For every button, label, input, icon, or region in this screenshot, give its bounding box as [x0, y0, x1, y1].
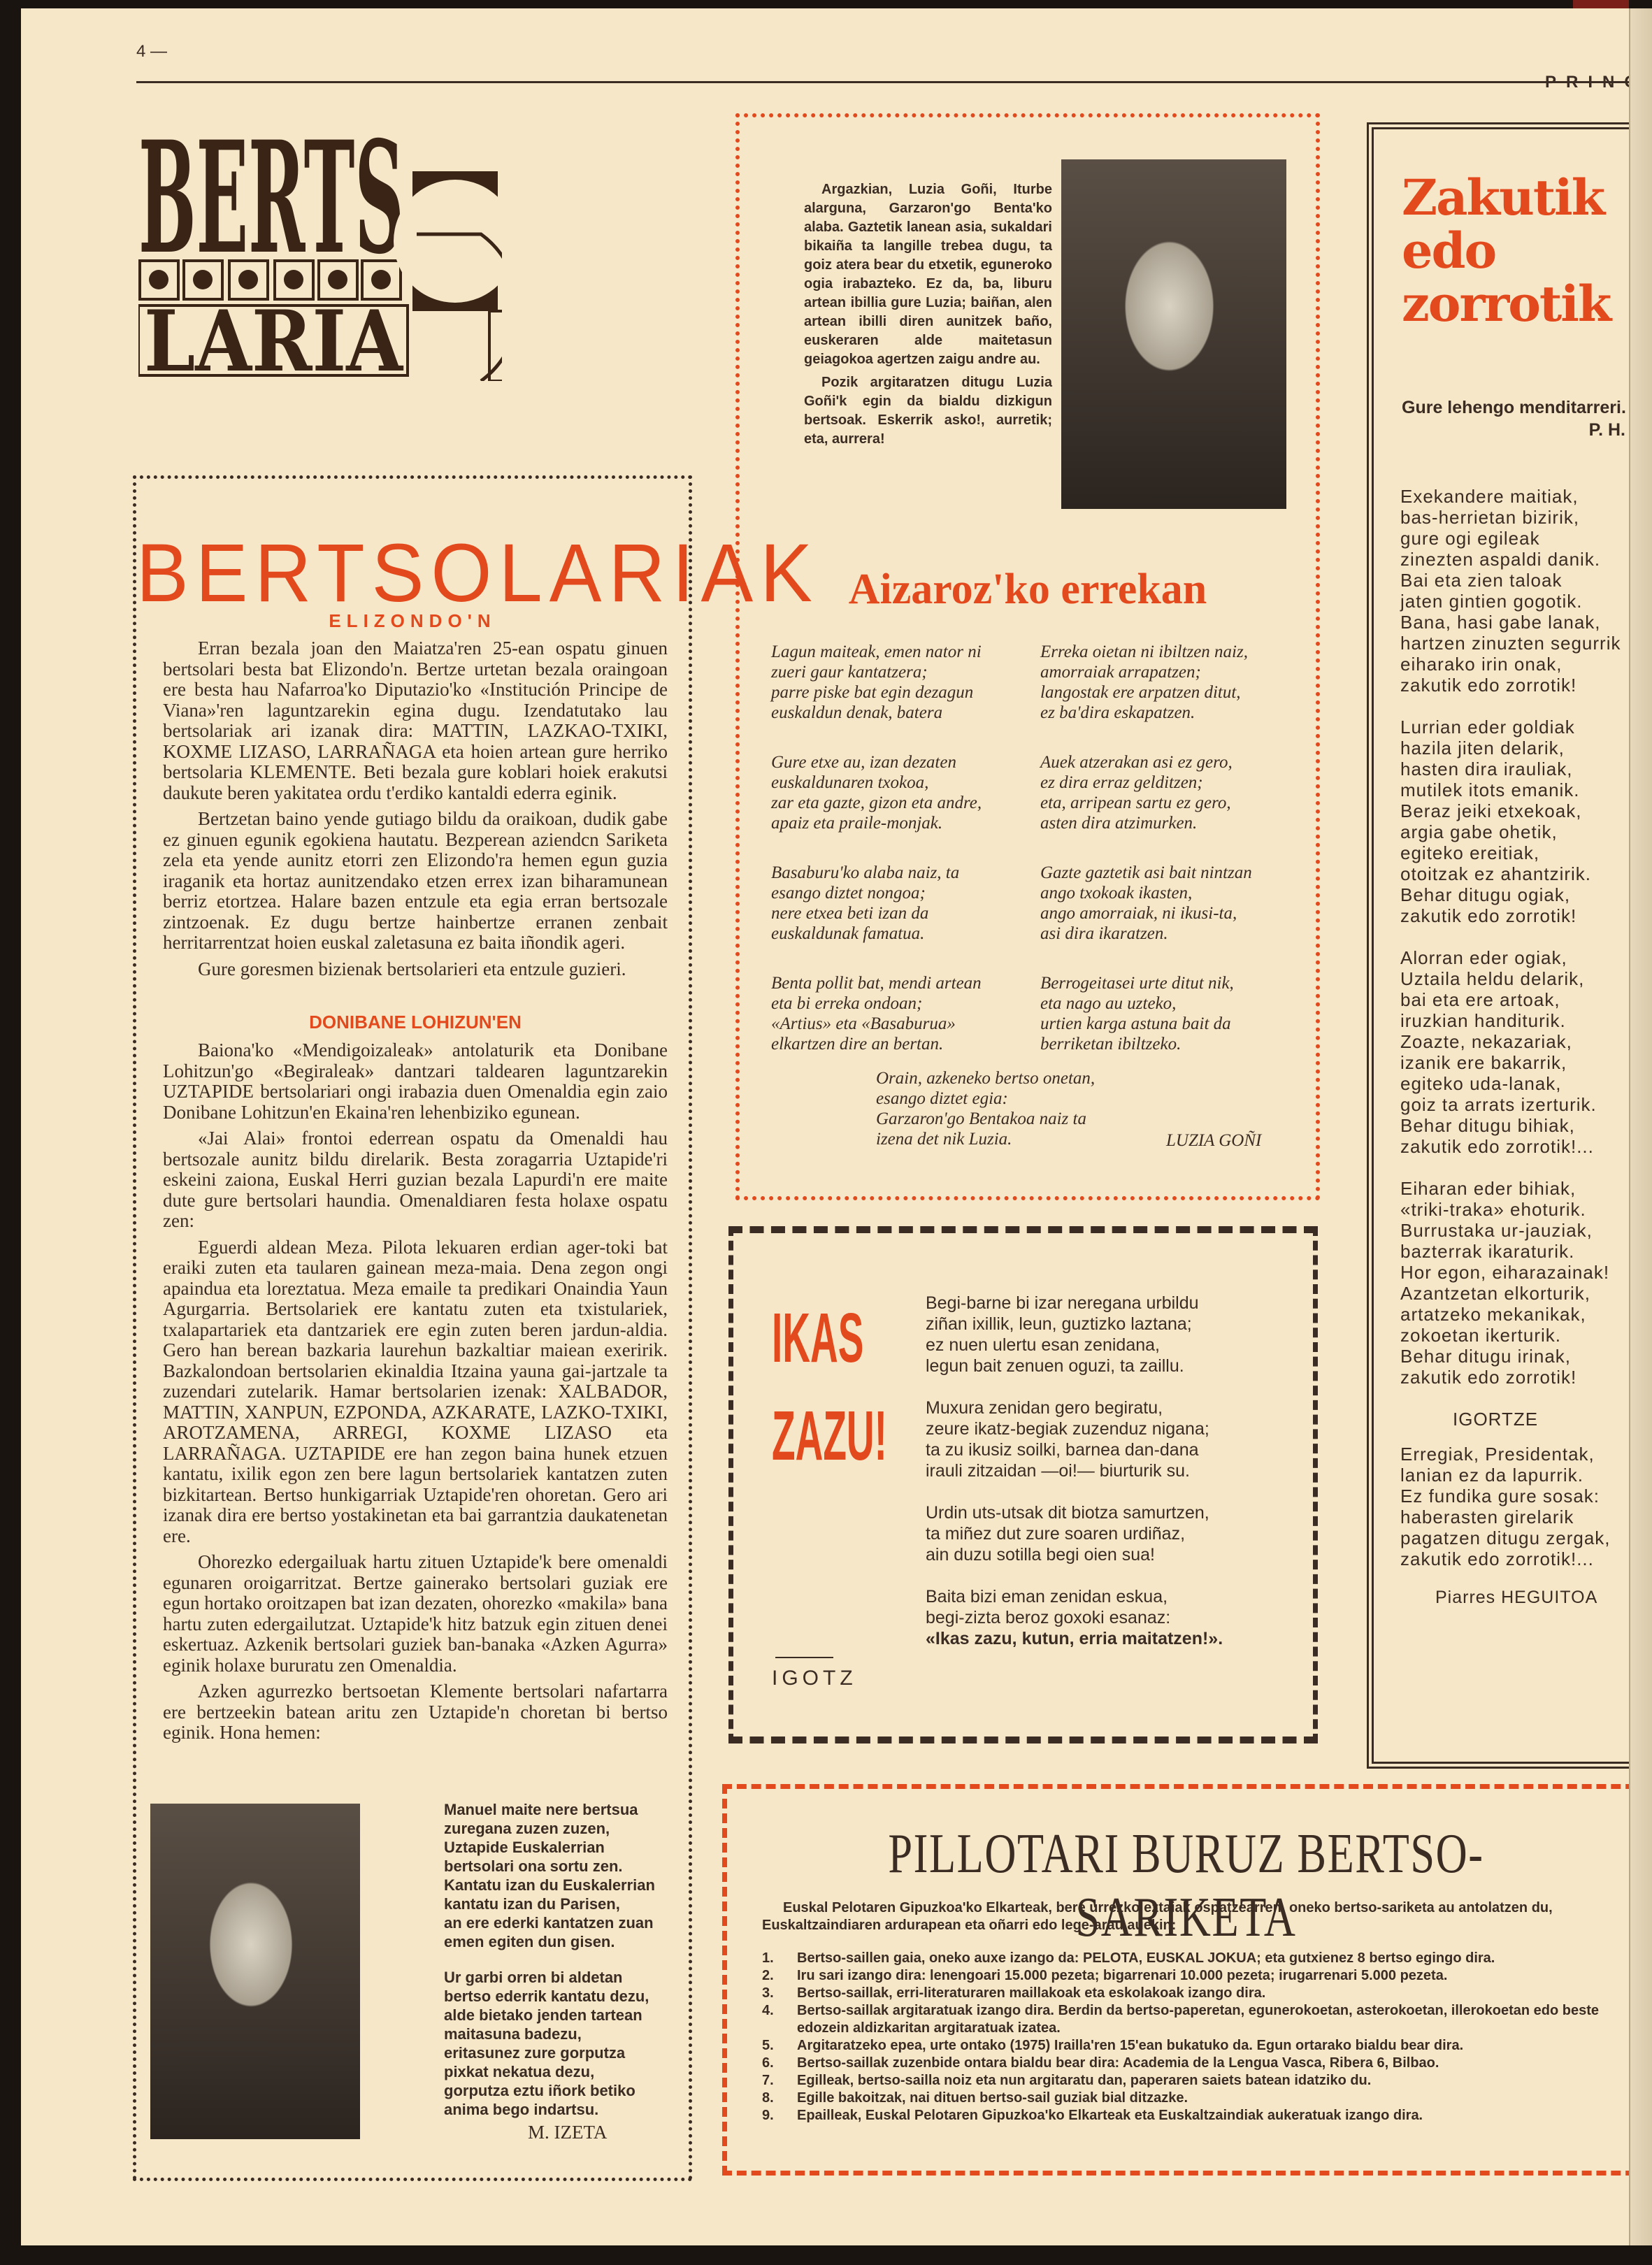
- stanza: Basaburu'ko alaba naiz, ta esango diztet…: [771, 863, 1037, 944]
- poem-left-column: Lagun maiteak, emen nator ni zueri gaur …: [771, 642, 1037, 1084]
- stanza: Benta pollit bat, mendi artean eta bi er…: [771, 973, 1037, 1054]
- stanza: Erregiak, Presidentak, lanian ez da lapu…: [1400, 1444, 1652, 1569]
- section-heading: IGORTZE: [1400, 1409, 1652, 1430]
- intro-paragraph: Pozik argitaratzen ditugu Luzia Goñi'k e…: [804, 373, 1052, 449]
- rule-item: 3.Bertso-saillak, erri-literaturaren mai…: [762, 1985, 1629, 2002]
- stanza: Eiharan eder bihiak, «triki-traka» ehotu…: [1400, 1178, 1652, 1388]
- title-line: IKAS: [772, 1300, 887, 1376]
- initials: P. H.: [1402, 419, 1639, 441]
- stanza: Urdin uts-utsak dit biotza samurtzen, ta…: [926, 1502, 1303, 1565]
- zakutik-poem: Exekandere maitiak, bas-herrietan biziri…: [1400, 486, 1652, 1608]
- title-line: ZAZU!: [772, 1397, 887, 1474]
- article-body: Erran bezala joan den Maiatza'ren 25-ean…: [163, 638, 668, 1749]
- paragraph: Baiona'ko «Mendigoizaleak» antolaturik e…: [163, 1040, 668, 1123]
- portrait-photo-uztapide: [150, 1804, 360, 2139]
- stanza: Erreka oietan ni ibiltzen naiz, amorraia…: [1040, 642, 1306, 723]
- paragraph: Gure goresmen bizienak bertsolarieri eta…: [163, 959, 668, 980]
- pillotari-sariketa-box: PILLOTARI BURUZ BERTSO-SARIKETA Euskal P…: [722, 1784, 1650, 2176]
- title-line: zorrotik: [1402, 278, 1610, 331]
- author-signature: M. IZETA: [528, 2122, 607, 2143]
- stanza: Muxura zenidan gero begiratu, zeure ikat…: [926, 1397, 1303, 1481]
- stanza: Gazte gaztetik asi bait nintzan ango txo…: [1040, 863, 1306, 944]
- stanza: Begi-barne bi izar neregana urbildu ziña…: [926, 1293, 1303, 1376]
- header-rule: [136, 81, 1650, 83]
- stanza-line: Baita bizi eman zenidan eskua,: [926, 1586, 1303, 1607]
- portrait-photo-luzia: [1061, 159, 1286, 509]
- paragraph: Azken agurrezko bertsoetan Klemente bert…: [163, 1681, 668, 1743]
- bertsolaria-logo: BERTS LARIA: [138, 101, 502, 381]
- stanza: Auek atzerakan asi ez gero, ez dira erra…: [1040, 752, 1306, 833]
- rules-list: 1.Bertso-saillen gaia, oneko auxe izango…: [762, 1950, 1629, 2124]
- rule-item: 5.Argitaratzeko epea, urte ontako (1975)…: [762, 2037, 1629, 2055]
- stanza: Gure etxe au, izan dezaten euskaldunaren…: [771, 752, 1037, 833]
- rule-item: 9.Epailleak, Euskal Pelotaren Gipuzkoa'k…: [762, 2107, 1629, 2124]
- stanza-line-bold: «Ikas zazu, kutun, erria maitatzen!».: [926, 1628, 1303, 1649]
- paragraph: Erran bezala joan den Maiatza'ren 25-ean…: [163, 638, 668, 803]
- final-stanza: Orain, azkeneko bertso onetan, esango di…: [876, 1068, 1156, 1149]
- intro-paragraph: Argazkian, Luzia Goñi, Iturbe alarguna, …: [804, 180, 1052, 369]
- rule-item: 8.Egille bakoitzak, nai dituen bertso-sa…: [762, 2090, 1629, 2107]
- author-signature: IGOTZ: [772, 1667, 857, 1690]
- stanza: Lurrian eder goldiak hazila jiten delari…: [1400, 717, 1652, 926]
- ikas-zazu-poem: Begi-barne bi izar neregana urbildu ziña…: [926, 1293, 1303, 1649]
- dedication-text: Gure lehengo menditarreri.: [1402, 396, 1639, 419]
- title-line: edo: [1402, 224, 1610, 278]
- stanza: Exekandere maitiak, bas-herrietan biziri…: [1400, 486, 1652, 696]
- stanza: Manuel maite nere bertsua zuregana zuzen…: [444, 1800, 675, 1951]
- next-page-edge: [1629, 8, 1652, 2245]
- rule-item: 6.Bertso-saillak zuzenbide ontara bialdu…: [762, 2055, 1629, 2072]
- poem-title: Aizaroz'ko errekan: [740, 565, 1316, 614]
- sariketa-intro: Euskal Pelotaren Gipuzkoa'ko Elkarteak, …: [762, 1899, 1622, 1934]
- zakutik-title: Zakutik edo zorrotik: [1402, 171, 1610, 331]
- author-signature: LUZIA GOÑI: [1166, 1131, 1261, 1151]
- luzia-intro: Argazkian, Luzia Goñi, Iturbe alarguna, …: [804, 180, 1052, 453]
- izeta-poem: Manuel maite nere bertsua zuregana zuzen…: [444, 1800, 675, 2119]
- paragraph: Ohorezko edergailuak hartu zituen Uztapi…: [163, 1552, 668, 1676]
- paragraph: «Jai Alai» frontoi ederrean ospatu da Om…: [163, 1128, 668, 1232]
- logo-line2: LARIA: [144, 292, 404, 381]
- rule-item: 1.Bertso-saillen gaia, oneko auxe izango…: [762, 1950, 1629, 1967]
- bertsolaria-logo-icon: BERTS LARIA: [138, 101, 502, 381]
- author-signature: Piarres HEGUITOA: [1400, 1587, 1652, 1608]
- stanza: Alorran eder ogiak, Uztaila heldu delari…: [1400, 947, 1652, 1157]
- luzia-goni-box: Argazkian, Luzia Goñi, Iturbe alarguna, …: [735, 113, 1320, 1200]
- stanza-line: begi-zizta beroz goxoki esanaz:: [926, 1607, 1303, 1628]
- newspaper-page: 4 — PRINCI BERTS LARIA BERTSOLARIAK: [21, 8, 1629, 2245]
- page-number: 4 —: [136, 42, 167, 62]
- dedication: Gure lehengo menditarreri. P. H.: [1402, 396, 1639, 441]
- rule-item: 4.Bertso-saillak argitaratuak izango dir…: [762, 2002, 1629, 2037]
- stanza: Lagun maiteak, emen nator ni zueri gaur …: [771, 642, 1037, 723]
- signature-rule: [775, 1657, 833, 1658]
- bertsolariak-title: BERTSOLARIAK: [136, 526, 689, 620]
- paragraph: Eguerdi aldean Meza. Pilota lekuaren erd…: [163, 1237, 668, 1547]
- title-line: Zakutik: [1402, 171, 1610, 224]
- stanza: Berrogeitasei urte ditut nik, eta nago a…: [1040, 973, 1306, 1054]
- poem-right-column: Erreka oietan ni ibiltzen naiz, amorraia…: [1040, 642, 1306, 1084]
- elizondo-heading: ELIZONDO'N: [136, 610, 689, 632]
- paragraph: Bertzetan baino yende gutiago bildu da o…: [163, 809, 668, 954]
- zakutik-box: Zakutik edo zorrotik Gure lehengo mendit…: [1367, 122, 1649, 1769]
- rule-item: 7.Egilleak, bertso-sailla noiz eta nun a…: [762, 2072, 1629, 2090]
- rule-item: 2.Iru sari izango dira: lenengoari 15.00…: [762, 1967, 1629, 1985]
- donibane-heading: DONIBANE LOHIZUN'EN: [163, 1012, 668, 1033]
- bertsolariak-article: BERTSOLARIAK ELIZONDO'N Erran bezala joa…: [133, 475, 692, 2181]
- stanza: Ur garbi orren bi aldetan bertso ederrik…: [444, 1968, 675, 2119]
- ikas-zazu-box: IKAS ZAZU! Begi-barne bi izar neregana u…: [728, 1226, 1318, 1743]
